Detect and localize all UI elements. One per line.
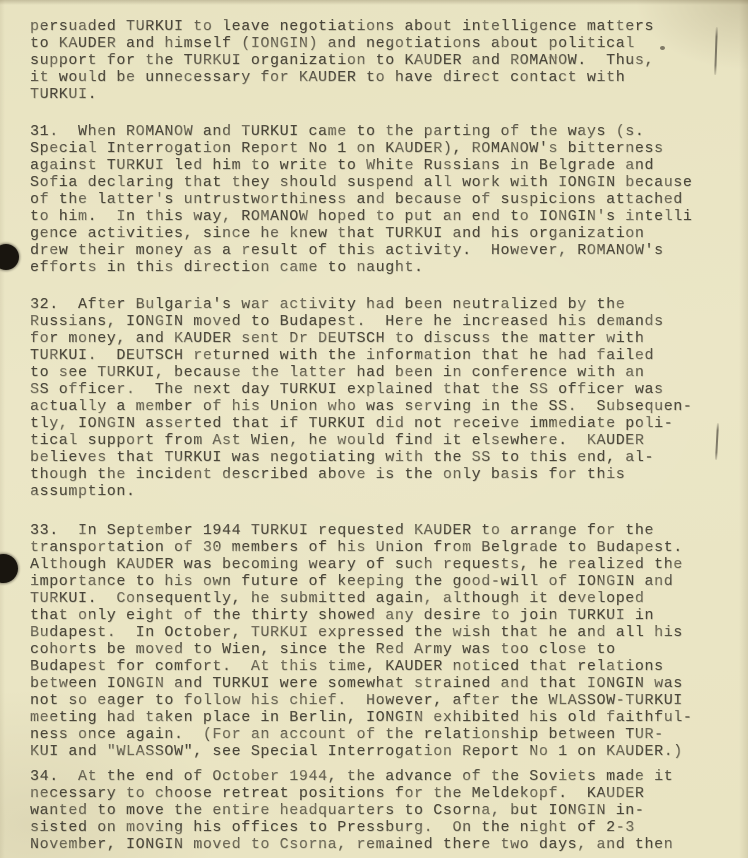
hole-punch-mark [0,244,19,270]
paragraph-34: 34. At the end of October 1944, the adva… [30,768,722,853]
paragraph-33: 33. In September 1944 TURKUI requested K… [30,522,722,760]
hole-punch-mark [0,554,18,583]
ink-smudge-mark [548,56,558,59]
document-text-column: persuaded TURKUI to leave negotiations a… [30,18,722,853]
scanned-document-page: persuaded TURKUI to leave negotiations a… [0,0,748,858]
pencil-dot-mark [660,46,665,50]
paragraph-31: 31. When ROMANOW and TURKUI came to the … [30,123,722,276]
paragraph-32: 32. After Bulgaria's war activity had be… [30,296,722,500]
paragraph-continuation: persuaded TURKUI to leave negotiations a… [30,18,722,103]
